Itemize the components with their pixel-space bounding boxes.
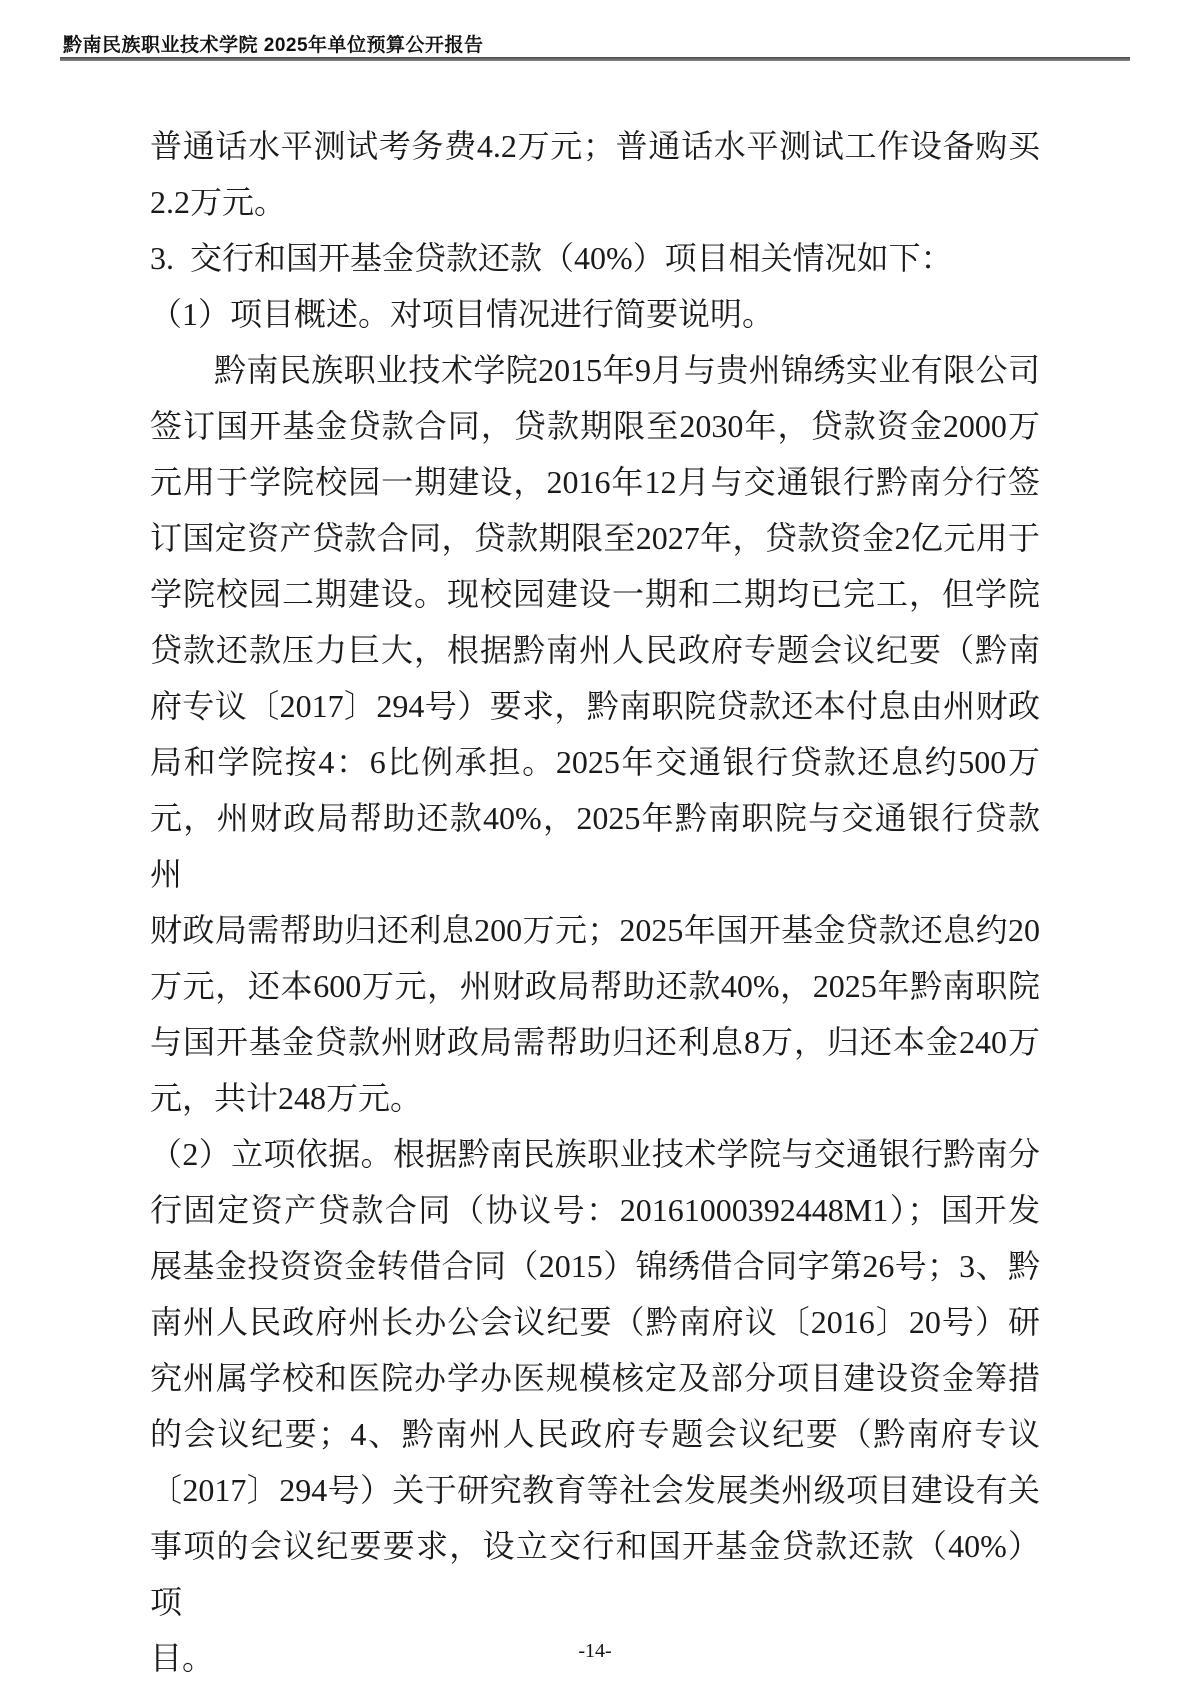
page-header-title: 黔南民族职业技术学院 2025年单位预算公开报告	[63, 30, 484, 57]
text-line: 黔南民族职业技术学院2015年9月与贵州锦绣实业有限公司	[150, 342, 1040, 398]
text-line: （2）立项依据。根据黔南民族职业技术学院与交通银行黔南分	[150, 1126, 1040, 1182]
text-line: 贷款还款压力巨大，根据黔南州人民政府专题会议纪要（黔南	[150, 622, 1040, 678]
text-line: 万元，还本600万元，州财政局帮助还款40%，2025年黔南职院	[150, 958, 1040, 1014]
text-line: 普通话水平测试考务费4.2万元；普通话水平测试工作设备购买	[150, 118, 1040, 174]
text-line: 行固定资产贷款合同（协议号：20161000392448M1）；国开发	[150, 1182, 1040, 1238]
text-lines: 普通话水平测试考务费4.2万元；普通话水平测试工作设备购买2.2万元。3. 交行…	[150, 118, 1040, 1684]
text-line: 〔2017〕294号）关于研究教育等社会发展类州级项目建设有关	[150, 1462, 1040, 1518]
text-line: 学院校园二期建设。现校园建设一期和二期均已完工，但学院	[150, 566, 1040, 622]
text-line: 与国开基金贷款州财政局需帮助归还利息8万，归还本金240万	[150, 1014, 1040, 1070]
header-divider	[60, 57, 1130, 61]
text-line: 局和学院按4：6比例承担。2025年交通银行贷款还息约500万	[150, 734, 1040, 790]
page-number: -14-	[0, 1640, 1190, 1663]
text-line: 展基金投资资金转借合同（2015）锦绣借合同字第26号；3、黔	[150, 1238, 1040, 1294]
text-line: 的会议纪要；4、黔南州人民政府专题会议纪要（黔南府专议	[150, 1406, 1040, 1462]
text-line: 南州人民政府州长办公会议纪要（黔南府议〔2016〕20号）研	[150, 1294, 1040, 1350]
text-line: 签订国开基金贷款合同，贷款期限至2030年，贷款资金2000万	[150, 398, 1040, 454]
document-page: 黔南民族职业技术学院 2025年单位预算公开报告 普通话水平测试考务费4.2万元…	[0, 0, 1190, 1684]
text-line: 元，共计248万元。	[150, 1070, 1040, 1126]
text-line: 2.2万元。	[150, 174, 1040, 230]
text-line: 究州属学校和医院办学办医规模核定及部分项目建设资金筹措	[150, 1350, 1040, 1406]
text-line: 元用于学院校园一期建设，2016年12月与交通银行黔南分行签	[150, 454, 1040, 510]
text-line: 元，州财政局帮助还款40%，2025年黔南职院与交通银行贷款州	[150, 790, 1040, 902]
text-line: 3. 交行和国开基金贷款还款（40%）项目相关情况如下：	[150, 230, 1040, 286]
text-line: 事项的会议纪要要求，设立交行和国开基金贷款还款（40%）项	[150, 1518, 1040, 1630]
text-line: （1）项目概述。对项目情况进行简要说明。	[150, 286, 1040, 342]
text-line: 府专议〔2017〕294号）要求，黔南职院贷款还本付息由州财政	[150, 678, 1040, 734]
text-line: 订国定资产贷款合同，贷款期限至2027年，贷款资金2亿元用于	[150, 510, 1040, 566]
text-line: 财政局需帮助归还利息200万元；2025年国开基金贷款还息约20	[150, 902, 1040, 958]
